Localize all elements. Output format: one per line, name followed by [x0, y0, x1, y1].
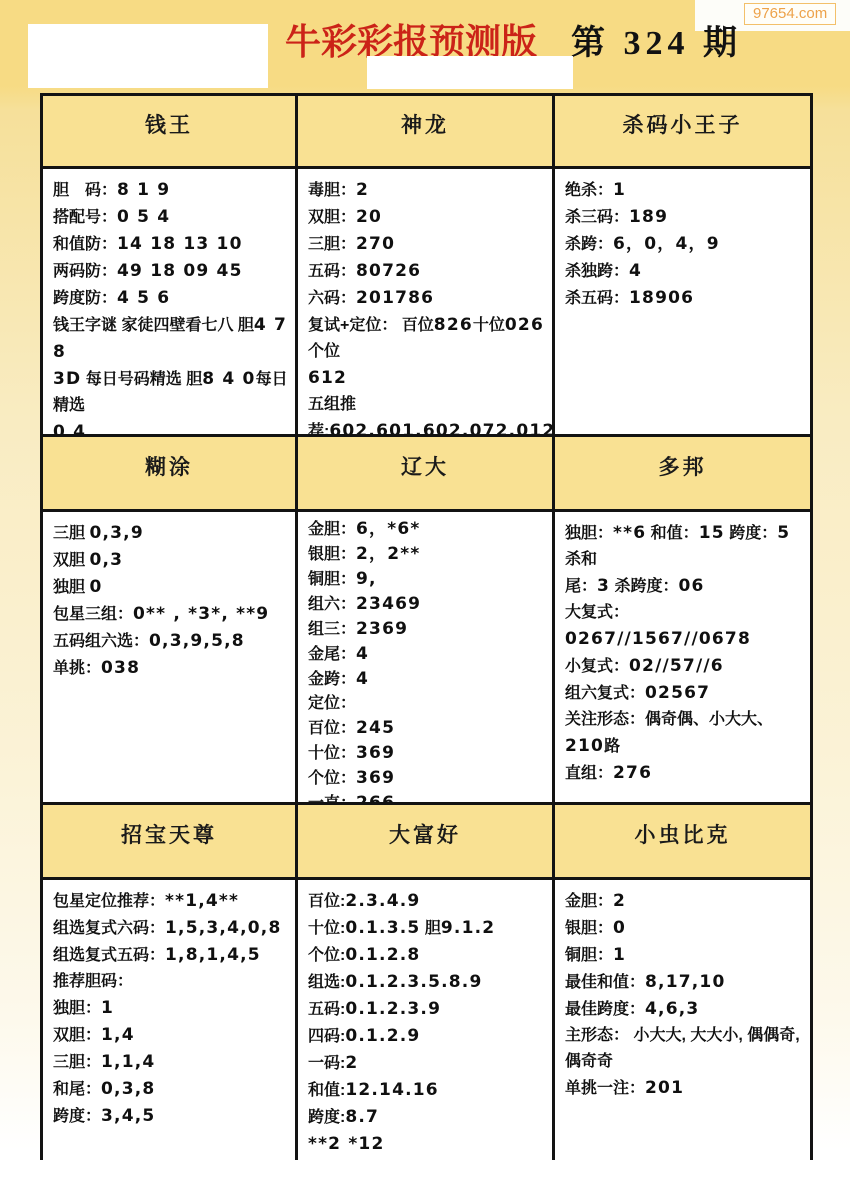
value-segment: 038 — [101, 658, 140, 678]
text-line: 铜胆：1 — [565, 942, 804, 969]
text-line: 两码防：49 18 09 45 — [53, 258, 289, 285]
label-segment: 毒胆： — [308, 182, 356, 199]
value-segment: 5 — [777, 523, 790, 543]
text-line: 组选复式六码：1,5,3,4,0,8 — [53, 915, 289, 942]
label-segment: 跨度： — [725, 525, 777, 542]
value-segment: 06 — [679, 576, 705, 596]
value-segment: 02//57//6 — [629, 656, 724, 676]
value-segment: 4 — [356, 644, 369, 664]
label-segment: 跨度防： — [53, 290, 117, 307]
panel-body-shama-xiaowangzi: 绝杀：1杀三码：189杀跨：6，0，4，9杀独跨：4杀五码：18906 — [555, 169, 810, 434]
text-line: 主形态： 小大大, 大大小, 偶偶奇, 偶奇奇 — [565, 1023, 804, 1075]
label-segment: 一直： — [308, 795, 356, 802]
value-segment: 49 18 09 45 — [117, 261, 243, 281]
value-segment: 9, — [356, 569, 377, 589]
text-line: **2 *12 — [308, 1131, 546, 1158]
watermark-badge: 97654.com — [744, 3, 836, 25]
label-segment: 金胆： — [308, 521, 356, 538]
panel-header-xiaochong-bike: 小虫比克 — [555, 805, 810, 877]
text-line: 独胆：1 — [53, 995, 289, 1022]
text-line: 百位：245 — [308, 716, 546, 741]
label-segment: 单挑： — [53, 660, 101, 677]
label-segment: 百位： — [308, 720, 356, 737]
value-segment: 0 — [89, 577, 102, 597]
text-line: 跨度:8.7 — [308, 1104, 546, 1131]
page-title-issue: 第 324 期 — [571, 15, 742, 64]
text-line: 三胆 0,3,9 — [53, 520, 289, 547]
text-line: 五码:0.1.2.3.9 — [308, 996, 546, 1023]
value-segment: 2 — [613, 891, 626, 911]
label-segment: 金跨： — [308, 671, 356, 688]
value-segment: 8.7 — [345, 1107, 379, 1127]
panel-body-duobang: 独胆：**6 和值：15 跨度：5 杀和尾：3 杀跨度：06大复式：0267//… — [555, 512, 810, 802]
value-segment: 6，0，4，9 — [613, 234, 720, 254]
panel-header-dafuhao: 大富好 — [298, 805, 552, 877]
label-segment: 金胆： — [565, 893, 613, 910]
text-line: 绝杀：1 — [565, 177, 804, 204]
label-segment: 组选: — [308, 974, 345, 991]
value-segment: 612 — [308, 368, 347, 388]
value-segment: 18906 — [629, 288, 694, 308]
label-segment: 银胆： — [565, 920, 613, 937]
label-segment: 每日号码精选 胆 — [81, 371, 202, 388]
label-segment: 和值: — [308, 1082, 345, 1099]
text-line: 最佳和值：8,17,10 — [565, 969, 804, 996]
text-line: 杀独跨：4 — [565, 258, 804, 285]
text-line: 双胆 0,3 — [53, 547, 289, 574]
panel-header-liaoda: 辽大 — [298, 437, 552, 509]
text-line: 独胆：**6 和值：15 跨度：5 杀和 — [565, 520, 804, 573]
label-segment: 个位 — [308, 343, 340, 360]
label-segment: 钱王字谜 家徒四壁看七八 胆 — [53, 317, 254, 334]
label-segment: 组选复式五码： — [53, 947, 165, 964]
value-segment: 0.1.2.8 — [345, 945, 420, 965]
text-line: 独胆 0 — [53, 574, 289, 601]
value-segment: 1 — [613, 180, 626, 200]
value-segment: 210 — [565, 736, 604, 756]
text-line: 直组：276 — [565, 760, 804, 787]
text-line: 0 4 — [53, 419, 289, 434]
text-line: 推荐胆码： — [53, 969, 289, 995]
value-segment: 15 — [699, 523, 725, 543]
panel-header-hutu: 糊涂 — [43, 437, 295, 509]
value-segment: 02567 — [645, 683, 710, 703]
value-segment: **6 — [613, 523, 646, 543]
label-segment: 三胆： — [53, 1054, 101, 1071]
text-line: 百位:2.3.4.9 — [308, 888, 546, 915]
label-segment: 复试+定位： 百位 — [308, 317, 434, 334]
value-segment: 0 4 — [53, 422, 86, 434]
value-segment: 2 — [356, 180, 369, 200]
text-line: 金胆：6，*6* — [308, 517, 546, 542]
value-segment: 3 — [597, 576, 610, 596]
text-line: 银胆：0 — [565, 915, 804, 942]
text-line: 十位：369 — [308, 741, 546, 766]
panel-body-liaoda: 金胆：6，*6*银胆：2，2**铜胆：9,组六：23469组三：2369金尾：4… — [298, 512, 552, 802]
value-segment: 1,4 — [101, 1025, 135, 1045]
text-line: 跨度防：4 5 6 — [53, 285, 289, 312]
text-line: 钱王字谜 家徒四壁看七八 胆4 7 8 — [53, 312, 289, 366]
text-line: 跨度：3,4,5 — [53, 1103, 289, 1130]
label-segment: 一码: — [308, 1055, 345, 1072]
value-segment: 1,1,4 — [101, 1052, 155, 1072]
label-segment: 组三： — [308, 621, 356, 638]
value-segment: 0 5 4 — [117, 207, 170, 227]
text-line: 个位:0.1.2.8 — [308, 942, 546, 969]
value-segment: 270 — [356, 234, 395, 254]
value-segment: 201 — [645, 1078, 684, 1098]
text-line: 金跨：4 — [308, 667, 546, 692]
value-segment: 4 — [629, 261, 642, 281]
value-segment: 2.3.4.9 — [345, 891, 420, 911]
panel-header-duobang: 多邦 — [555, 437, 810, 509]
label-segment: 最佳和值： — [565, 974, 645, 991]
label-segment: 包星定位推荐： — [53, 893, 165, 910]
label-segment: 双胆： — [308, 209, 356, 226]
value-segment: 9.1.2 — [441, 918, 495, 938]
label-segment: 三胆： — [308, 236, 356, 253]
label-segment: 杀五码： — [565, 290, 629, 307]
label-segment: 和值防： — [53, 236, 117, 253]
label-segment: 个位： — [308, 770, 356, 787]
value-segment: 4 — [356, 669, 369, 689]
value-segment: 245 — [356, 718, 395, 738]
label-segment: 大复式： — [565, 604, 629, 621]
value-segment: 4,6,3 — [645, 999, 699, 1019]
label-segment: 双胆： — [53, 1027, 101, 1044]
text-line: 单挑一注：201 — [565, 1075, 804, 1102]
label-segment: 搭配号： — [53, 209, 117, 226]
panel-body-zhaobao-tianzun: 包星定位推荐：**1,4**组选复式六码：1,5,3,4,0,8组选复式五码：1… — [43, 880, 295, 1160]
label-segment: 百位: — [308, 893, 345, 910]
label-segment: 杀独跨： — [565, 263, 629, 280]
label-segment: 五码组六选： — [53, 633, 149, 650]
text-line: 三胆：1,1,4 — [53, 1049, 289, 1076]
label-segment: 双胆 — [53, 552, 89, 569]
label-segment: 推荐胆码： — [53, 973, 133, 990]
text-line: 五组推荐:602.601.602.072.012. — [308, 392, 546, 434]
value-segment: 23469 — [356, 594, 421, 614]
label-segment: 组六： — [308, 596, 356, 613]
label-segment: 主形态： 小大大, 大大小, 偶偶奇, 偶奇奇 — [565, 1027, 800, 1070]
text-line: 五码组六选：0,3,9,5,8 — [53, 628, 289, 655]
text-line: 杀跨：6，0，4，9 — [565, 231, 804, 258]
value-segment: 1 — [101, 998, 114, 1018]
text-line: 组选复式五码：1,8,1,4,5 — [53, 942, 289, 969]
label-segment: 杀三码： — [565, 209, 629, 226]
label-segment: 四码: — [308, 1028, 345, 1045]
blank-whitebox-center — [367, 56, 573, 89]
text-line: 组选:0.1.2.3.5.8.9 — [308, 969, 546, 996]
label-segment: 个位: — [308, 947, 345, 964]
text-line: 小复式：02//57//6 — [565, 653, 804, 680]
blank-whitebox-left — [28, 24, 268, 88]
label-segment: 跨度: — [308, 1109, 345, 1126]
value-segment: 6，*6* — [356, 519, 420, 539]
label-segment: 五码： — [308, 263, 356, 280]
text-line: 包星三组：0** , *3*, **9 — [53, 601, 289, 628]
label-segment: 定位： — [308, 695, 356, 712]
value-segment: 0,3,9 — [89, 523, 143, 543]
value-segment: 0.1.2.3.9 — [345, 999, 441, 1019]
value-segment: 20 — [356, 207, 382, 227]
prediction-grid: 钱王 神龙 杀码小王子 胆 码：8 1 9搭配号：0 5 4和值防：14 18 … — [40, 93, 813, 1160]
text-line: 尾：3 杀跨度：06 — [565, 573, 804, 600]
label-segment: 小复式： — [565, 658, 629, 675]
value-segment: **2 *12 — [308, 1134, 384, 1154]
label-segment: 杀和 — [565, 551, 597, 568]
panel-body-shenlong: 毒胆：2双胆：20三胆：270五码：80726六码：201786复试+定位： 百… — [298, 169, 552, 434]
text-line: 杀五码：18906 — [565, 285, 804, 312]
text-line: 复试+定位： 百位826十位026个位 — [308, 312, 546, 365]
panel-header-zhaobao-tianzun: 招宝天尊 — [43, 805, 295, 877]
value-segment: 826 — [434, 315, 473, 335]
panel-body-qianwang: 胆 码：8 1 9搭配号：0 5 4和值防：14 18 13 10两码防：49 … — [43, 169, 295, 434]
label-segment: 组六复式： — [565, 685, 645, 702]
text-line: 金胆：2 — [565, 888, 804, 915]
label-segment: 关注形态：偶奇偶、小大大、 — [565, 711, 773, 728]
panel-header-shama-xiaowangzi: 杀码小王子 — [555, 96, 810, 166]
label-segment: 包星三组： — [53, 606, 133, 623]
label-segment: 六码： — [308, 290, 356, 307]
label-segment: 单挑一注： — [565, 1080, 645, 1097]
label-segment: 独胆： — [53, 1000, 101, 1017]
text-line: 和值防：14 18 13 10 — [53, 231, 289, 258]
value-segment: 8 1 9 — [117, 180, 170, 200]
label-segment: 跨度： — [53, 1108, 101, 1125]
value-segment: 0.1.3.5 — [345, 918, 420, 938]
label-segment: 和值： — [646, 525, 698, 542]
value-segment: 2 — [345, 1053, 358, 1073]
label-segment: 杀跨： — [565, 236, 613, 253]
label-segment: 独胆： — [565, 525, 613, 542]
value-segment: 1,5,3,4,0,8 — [165, 918, 281, 938]
text-line: 六码：201786 — [308, 285, 546, 312]
text-line: 十位:0.1.3.5 胆9.1.2 — [308, 915, 546, 942]
text-line: 个位：369 — [308, 766, 546, 791]
value-segment: 1,8,1,4,5 — [165, 945, 261, 965]
text-line: 组三：2369 — [308, 617, 546, 642]
label-segment: 胆 — [420, 920, 440, 937]
value-segment: 189 — [629, 207, 668, 227]
text-line: 612 — [308, 365, 546, 392]
label-segment: 路 — [604, 738, 620, 755]
value-segment: 14 18 13 10 — [117, 234, 243, 254]
text-line: 和值:12.14.16 — [308, 1077, 546, 1104]
text-line: 铜胆：9, — [308, 567, 546, 592]
value-segment: **1,4** — [165, 891, 239, 911]
text-line: 组六复式：02567 — [565, 680, 804, 707]
text-line: 关注形态：偶奇偶、小大大、210路 — [565, 707, 804, 760]
text-line: 双胆：20 — [308, 204, 546, 231]
value-segment: 3D — [53, 369, 81, 389]
text-line: 最佳跨度：4,6,3 — [565, 996, 804, 1023]
label-segment: 尾： — [565, 578, 597, 595]
text-line: 金尾：4 — [308, 642, 546, 667]
value-segment: 2，2** — [356, 544, 420, 564]
value-segment: 3,4,5 — [101, 1106, 155, 1126]
value-segment: 0,3,9,5,8 — [149, 631, 245, 651]
value-segment: 369 — [356, 743, 395, 763]
label-segment: 铜胆： — [565, 947, 613, 964]
text-line: 包星定位推荐：**1,4** — [53, 888, 289, 915]
value-segment: 8 4 0 — [202, 369, 255, 389]
value-segment: 026 — [505, 315, 544, 335]
value-segment: 12.14.16 — [345, 1080, 439, 1100]
value-segment: 276 — [613, 763, 652, 783]
label-segment: 银胆： — [308, 546, 356, 563]
value-segment: 602.601.602.072.012. — [329, 421, 552, 434]
value-segment: 0,3 — [89, 550, 123, 570]
label-segment: 胆 码： — [53, 182, 117, 199]
text-line: 定位： — [308, 692, 546, 716]
value-segment: 0.1.2.9 — [345, 1026, 420, 1046]
text-line: 银胆：2，2** — [308, 542, 546, 567]
text-line: 3D 每日号码精选 胆8 4 0每日精选 — [53, 366, 289, 419]
value-segment: 201786 — [356, 288, 434, 308]
text-line: 和尾：0,3,8 — [53, 1076, 289, 1103]
value-segment: 1 — [613, 945, 626, 965]
value-segment: 80726 — [356, 261, 421, 281]
label-segment: 十位： — [308, 745, 356, 762]
label-segment: 三胆 — [53, 525, 89, 542]
label-segment: 十位: — [308, 920, 345, 937]
text-line: 毒胆：2 — [308, 177, 546, 204]
text-line: 单挑：038 — [53, 655, 289, 682]
text-line: 四码:0.1.2.9 — [308, 1023, 546, 1050]
value-segment: 0.1.2.3.5.8.9 — [345, 972, 482, 992]
value-segment: 0267//1567//0678 — [565, 629, 751, 649]
label-segment: 独胆 — [53, 579, 89, 596]
text-line: 双胆：1,4 — [53, 1022, 289, 1049]
label-segment: 十位 — [473, 317, 505, 334]
value-segment: 2369 — [356, 619, 408, 639]
value-segment: 0 — [613, 918, 626, 938]
value-segment: 266 — [356, 793, 395, 802]
label-segment: 组选复式六码： — [53, 920, 165, 937]
panel-header-shenlong: 神龙 — [298, 96, 552, 166]
value-segment: 0,3,8 — [101, 1079, 155, 1099]
text-line: 一直：266 — [308, 791, 546, 802]
panel-body-dafuhao: 百位:2.3.4.9十位:0.1.3.5 胆9.1.2个位:0.1.2.8组选:… — [298, 880, 552, 1160]
value-segment: 8,17,10 — [645, 972, 725, 992]
text-line: 搭配号：0 5 4 — [53, 204, 289, 231]
label-segment: 杀跨度： — [610, 578, 678, 595]
text-line: 组六：23469 — [308, 592, 546, 617]
panel-body-xiaochong-bike: 金胆：2银胆：0铜胆：1最佳和值：8,17,10最佳跨度：4,6,3主形态： 小… — [555, 880, 810, 1160]
label-segment: 直组： — [565, 765, 613, 782]
text-line: 三胆：270 — [308, 231, 546, 258]
text-line: 一码:2 — [308, 1050, 546, 1077]
label-segment: 和尾： — [53, 1081, 101, 1098]
label-segment: 铜胆： — [308, 571, 356, 588]
value-segment: 4 5 6 — [117, 288, 170, 308]
text-line: 杀三码：189 — [565, 204, 804, 231]
text-line: 大复式：0267//1567//0678 — [565, 600, 804, 653]
label-segment: 最佳跨度： — [565, 1001, 645, 1018]
value-segment: 369 — [356, 768, 395, 788]
panel-body-hutu: 三胆 0,3,9双胆 0,3独胆 0包星三组：0** , *3*, **9五码组… — [43, 512, 295, 802]
text-line: 胆 码：8 1 9 — [53, 177, 289, 204]
label-segment: 金尾： — [308, 646, 356, 663]
label-segment: 五码: — [308, 1001, 345, 1018]
label-segment: 两码防： — [53, 263, 117, 280]
label-segment: 绝杀： — [565, 182, 613, 199]
text-line: 五码：80726 — [308, 258, 546, 285]
value-segment: 0** , *3*, **9 — [133, 604, 269, 624]
panel-header-qianwang: 钱王 — [43, 96, 295, 166]
